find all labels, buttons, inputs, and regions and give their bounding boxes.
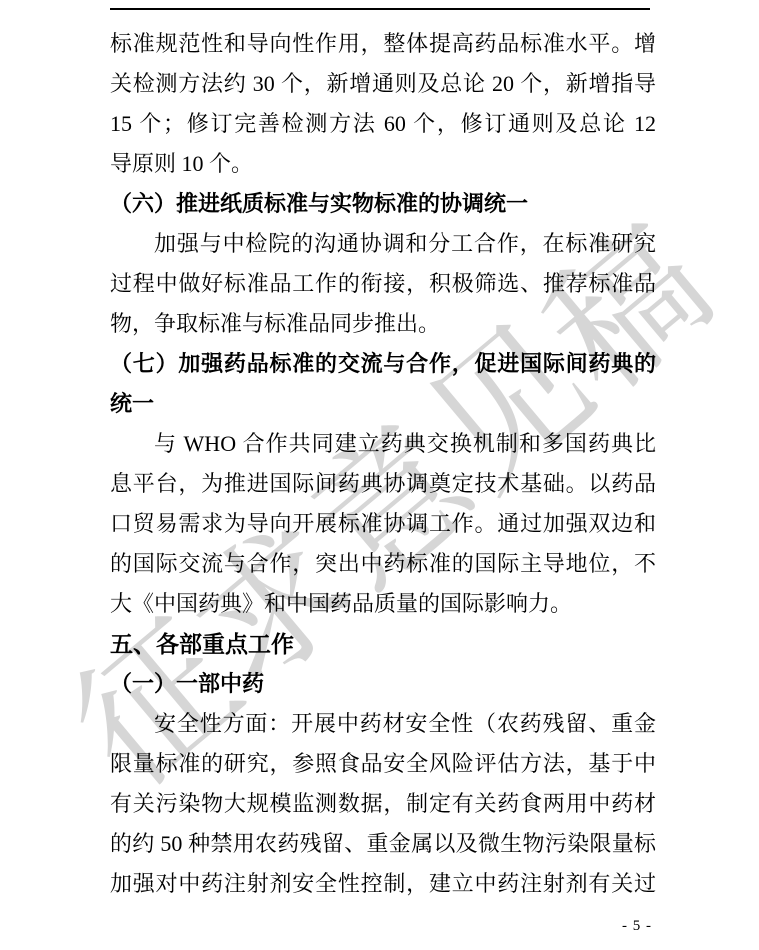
paragraph-line: 与 WHO 合作共同建立药典交换机制和多国药典比对信 [110, 424, 656, 464]
heading-subsection-one: （一）一部中药 [110, 664, 656, 704]
paragraph-line: 关检测方法约 30 个，新增通则及总论 20 个，新增指导原则 [110, 64, 656, 104]
paragraph-line: 物，争取标准与标准品同步推出。 [110, 304, 656, 344]
heading-part-five: 五、各部重点工作 [110, 624, 656, 664]
paragraph-line: 限量标准的研究，参照食品安全风险评估方法，基于中药材 [110, 744, 656, 784]
paragraph-line: 加强与中检院的沟通协调和分工合作，在标准研究起草 [110, 224, 656, 264]
paragraph-line: 有关污染物大规模监测数据，制定有关药食两用中药材品种 [110, 784, 656, 824]
paragraph-line: 15 个；修订完善检测方法 60 个，修订通则及总论 12 个、指 [110, 104, 656, 144]
paragraph-line: 安全性方面：开展中药材安全性（农药残留、重金属） [110, 704, 656, 744]
paragraph-line: 的国际交流与合作，突出中药标准的国际主导地位，不断扩 [110, 544, 656, 584]
heading-section-six: （六）推进纸质标准与实物标准的协调统一 [110, 184, 656, 224]
page-number: - 5 - [622, 918, 652, 935]
heading-section-seven-continued: 统一 [110, 384, 656, 424]
paragraph-line: 标准规范性和导向性作用，整体提高药品标准水平。增订相 [110, 24, 656, 64]
paragraph-line: 过程中做好标准品工作的衔接，积极筛选、推荐标准品候选 [110, 264, 656, 304]
top-rule [110, 8, 650, 10]
paragraph-line: 的约 50 种禁用农药残留、重金属以及微生物污染限量标准； [110, 824, 656, 864]
paragraph-line: 大《中国药典》和中国药品质量的国际影响力。 [110, 584, 656, 624]
paragraph-line: 息平台，为推进国际间药典协调奠定技术基础。以药品进出 [110, 464, 656, 504]
heading-section-seven: （七）加强药品标准的交流与合作，促进国际间药典的协调 [110, 344, 656, 384]
paragraph-line: 加强对中药注射剂安全性控制，建立中药注射剂有关过敏及 [110, 864, 656, 904]
document-page: 征求意见稿 标准规范性和导向性作用，整体提高药品标准水平。增订相 关检测方法约 … [0, 0, 759, 950]
paragraph-line: 口贸易需求为导向开展标准协调工作。通过加强双边和多边 [110, 504, 656, 544]
paragraph-line: 导原则 10 个。 [110, 144, 656, 184]
text-block: 标准规范性和导向性作用，整体提高药品标准水平。增订相 关检测方法约 30 个，新… [110, 24, 656, 904]
